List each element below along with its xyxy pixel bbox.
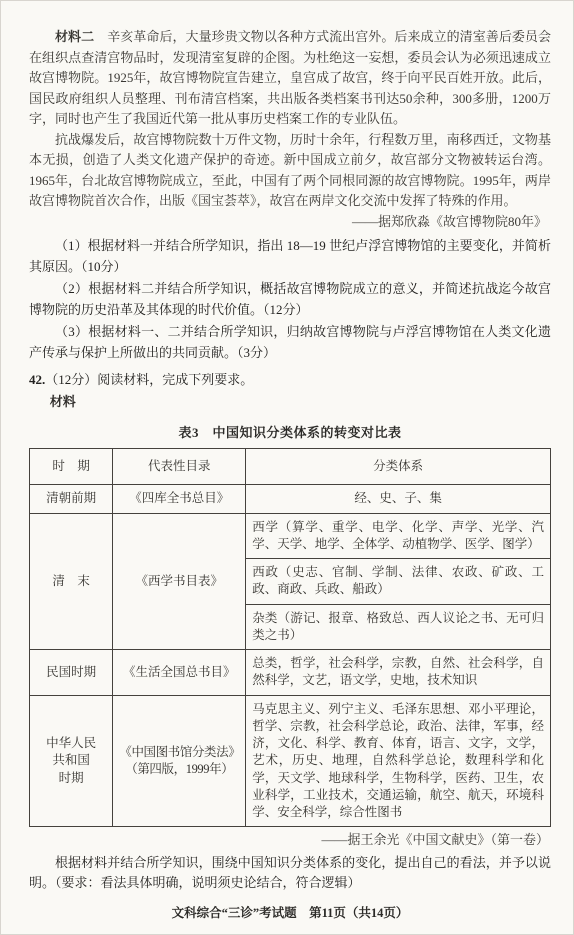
exam-page: 材料二 辛亥革命后，大量珍贵文物以各种方式流出宫外。后来成立的清室善后委员会在组… xyxy=(0,0,574,935)
late-qing-system-misc: 杂类（游记、报章、格致总、西人议论之书、无可归类之书） xyxy=(246,604,551,650)
late-qing-period-cell: 清 末 xyxy=(30,513,113,650)
minguo-catalog-cell: 《生活全国总书目》 xyxy=(113,650,246,696)
question-41-1: （1）根据材料一并结合所学知识，指出 18—19 世纪卢浮宫博物馆的主要变化，并… xyxy=(29,236,551,277)
qing-early-system-cell: 经、史、子、集 xyxy=(246,485,551,513)
question-42-section: 42.（12分）阅读材料，完成下列要求。 材料 表3 中国知识分类体系的转变对比… xyxy=(29,370,551,894)
prc-period-line-1: 中华人民 xyxy=(36,735,106,752)
material-two-paragraph-2: 抗战爆发后，故宫博物院数十万件文物，历时十余年，行程数万里，南移西迁，文物基本无… xyxy=(29,130,551,212)
question-42-intro-text: （12分）阅读材料，完成下列要求。 xyxy=(45,372,253,387)
qing-early-catalog-cell: 《四库全书总目》 xyxy=(113,485,246,513)
prc-period-line-2: 共和国 xyxy=(36,752,106,769)
prc-catalog-cell: 《中国图书馆分类法》 （第四版，1999年） xyxy=(113,695,246,827)
table-title: 表3 中国知识分类体系的转变对比表 xyxy=(29,423,551,444)
question-41-2: （2）根据材料二并结合所学知识，概括故宫博物院成立的意义，并简述抗战迄今故宫博物… xyxy=(29,279,551,320)
table-row-minguo: 民国时期 《生活全国总书目》 总类，哲学，社会科学，宗教，自然、社会科学，自然科… xyxy=(30,650,551,696)
table-header-row: 时 期 代表性目录 分类体系 xyxy=(30,449,551,485)
question-42-material-label: 材料 xyxy=(29,392,551,413)
header-catalog: 代表性目录 xyxy=(113,449,246,485)
prc-period-line-3: 时期 xyxy=(36,770,106,787)
prc-catalog-line-2: （第四版，1999年） xyxy=(119,761,239,778)
late-qing-system-western-learning: 西学（算学、重学、电学、化学、声学、光学、汽学、天学、地学、全体学、动植物学、医… xyxy=(246,513,551,559)
header-system: 分类体系 xyxy=(246,449,551,485)
header-period: 时 期 xyxy=(30,449,113,485)
question-42-instruction: 根据材料并结合所学知识，围绕中国知识分类体系的变化，提出自己的看法，并予以说明。… xyxy=(29,853,551,894)
prc-period-cell: 中华人民 共和国 时期 xyxy=(30,695,113,827)
late-qing-catalog-cell: 《西学书目表》 xyxy=(113,513,246,650)
prc-system-cell: 马克思主义、列宁主义、毛泽东思想、邓小平理论，哲学、宗教，社会科学总论，政治、法… xyxy=(246,695,551,827)
material-two-paragraph-1: 材料二 辛亥革命后，大量珍贵文物以各种方式流出宫外。后来成立的清室善后委员会在组… xyxy=(29,27,551,130)
material-two-section: 材料二 辛亥革命后，大量珍贵文物以各种方式流出宫外。后来成立的清室善后委员会在组… xyxy=(29,27,551,232)
table-source: ——据王余光《中国文献史》（第一卷） xyxy=(29,830,551,851)
minguo-period-cell: 民国时期 xyxy=(30,650,113,696)
prc-catalog-line-1: 《中国图书馆分类法》 xyxy=(119,744,239,761)
table-row-late-qing-1: 清 末 《西学书目表》 西学（算学、重学、电学、化学、声学、光学、汽学、天学、地… xyxy=(30,513,551,559)
question-42-intro: 42.（12分）阅读材料，完成下列要求。 xyxy=(29,370,551,391)
question-41-3: （3）根据材料一、二并结合所学知识，归纳故宫博物院与卢浮宫博物馆在人类文化遗产传… xyxy=(29,322,551,363)
late-qing-system-western-politics: 西政（史志、官制、学制、法律、农政、矿政、工政、商政、兵政、船政） xyxy=(246,559,551,605)
page-footer: 文科综合“三诊”考试题 第11页（共14页） xyxy=(29,904,551,924)
material-two-source: ——据郑欣淼《故宫博物院80年》 xyxy=(29,212,551,233)
question-41-subquestions: （1）根据材料一并结合所学知识，指出 18—19 世纪卢浮宫博物馆的主要变化，并… xyxy=(29,236,551,363)
knowledge-classification-table: 时 期 代表性目录 分类体系 清朝前期 《四库全书总目》 经、史、子、集 清 末… xyxy=(29,448,551,827)
material-two-text-1: 辛亥革命后，大量珍贵文物以各种方式流出宫外。后来成立的清室善后委员会在组织点查清… xyxy=(29,29,551,126)
question-42-number: 42. xyxy=(29,372,45,387)
minguo-system-cell: 总类，哲学，社会科学，宗教，自然、社会科学，自然科学，文艺，语文学，史地，技术知… xyxy=(246,650,551,696)
table-row-qing-early: 清朝前期 《四库全书总目》 经、史、子、集 xyxy=(30,485,551,513)
material-two-label: 材料二 xyxy=(55,29,94,44)
table-row-prc: 中华人民 共和国 时期 《中国图书馆分类法》 （第四版，1999年） 马克思主义… xyxy=(30,695,551,827)
qing-early-period-cell: 清朝前期 xyxy=(30,485,113,513)
